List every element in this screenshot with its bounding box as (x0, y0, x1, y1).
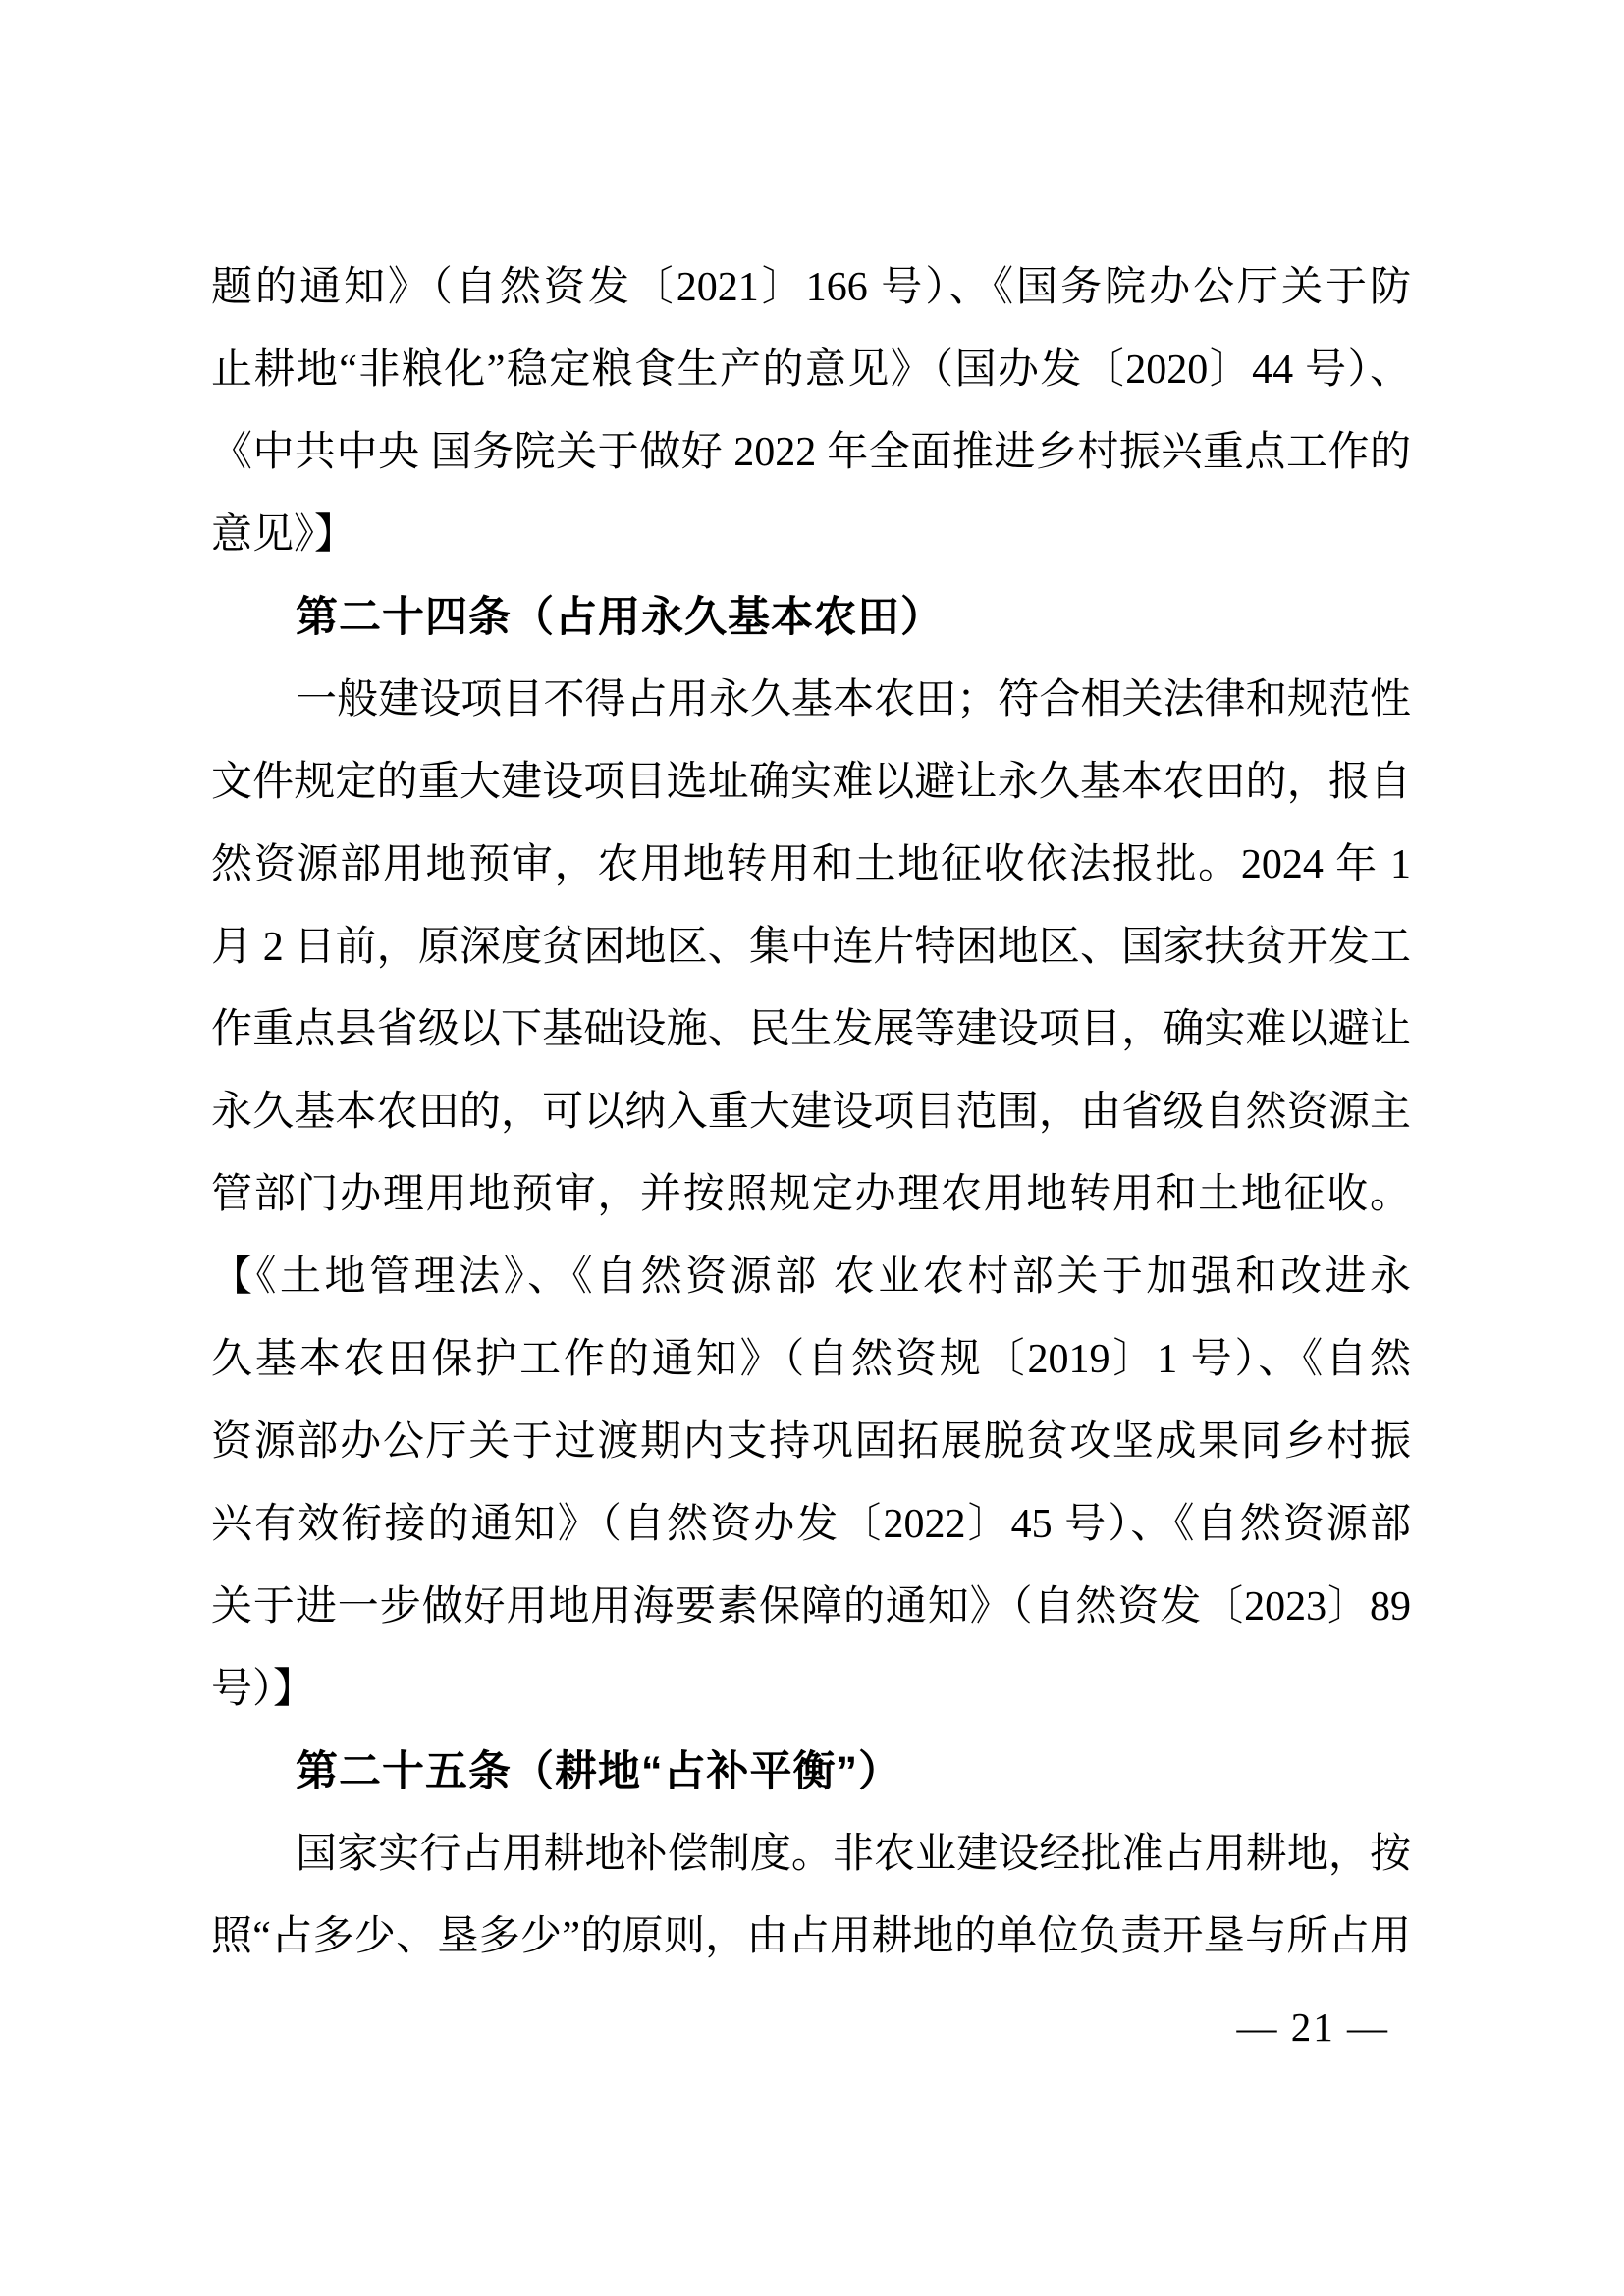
page-number-footer: — 21 — (211, 2002, 1389, 2052)
text-line: 月 2 日前，原深度贫困地区、集中连片特困地区、国家扶贫开发工 (211, 919, 1411, 1001)
text-line: 照“占多少、垦多少”的原则，由占用耕地的单位负责开垦与所占用 (211, 1908, 1411, 1991)
text-line: 永久基本农田的，可以纳入重大建设项目范围，由省级自然资源主 (211, 1084, 1411, 1166)
text-line: 资源部办公厅关于过渡期内支持巩固拓展脱贫攻坚成果同乡村振 (211, 1414, 1411, 1496)
text-line: 久基本农田保护工作的通知》（自然资规〔2019〕1 号）、《自然 (211, 1331, 1411, 1414)
text-line: 文件规定的重大建设项目选址确实难以避让永久基本农田的，报自 (211, 754, 1411, 836)
text-line: 题的通知》（自然资发〔2021〕166 号）、《国务院办公厅关于防 (211, 259, 1411, 342)
article-heading: 第二十四条（占用永久基本农田） (211, 589, 1411, 671)
text-line: 一般建设项目不得占用永久基本农田；符合相关法律和规范性 (211, 671, 1411, 754)
text-line: 意见》】 (211, 507, 1411, 589)
text-line: 管部门办理用地预审，并按照规定办理农用地转用和土地征收。 (211, 1166, 1411, 1249)
text-line: 作重点县省级以下基础设施、民生发展等建设项目，确实难以避让 (211, 1001, 1411, 1084)
document-body: 题的通知》（自然资发〔2021〕166 号）、《国务院办公厅关于防止耕地“非粮化… (211, 259, 1411, 1991)
text-line: 【《土地管理法》、《自然资源部 农业农村部关于加强和改进永 (211, 1249, 1411, 1331)
text-line: 然资源部用地预审，农用地转用和土地征收依法报批。2024 年 1 (211, 836, 1411, 919)
text-line: 关于进一步做好用地用海要素保障的通知》（自然资发〔2023〕89 (211, 1578, 1411, 1661)
text-line: 止耕地“非粮化”稳定粮食生产的意见》（国办发〔2020〕44 号）、 (211, 342, 1411, 424)
document-page: 题的通知》（自然资发〔2021〕166 号）、《国务院办公厅关于防止耕地“非粮化… (0, 0, 1624, 2296)
text-line: 国家实行占用耕地补偿制度。非农业建设经批准占用耕地，按 (211, 1826, 1411, 1908)
article-heading: 第二十五条（耕地“占补平衡”） (211, 1743, 1411, 1826)
page-number: — 21 — (1237, 2004, 1390, 2050)
text-line: 兴有效衔接的通知》（自然资办发〔2022〕45 号）、《自然资源部 (211, 1496, 1411, 1578)
text-line: 号）】 (211, 1661, 1411, 1743)
text-line: 《中共中央 国务院关于做好 2022 年全面推进乡村振兴重点工作的 (211, 424, 1411, 507)
